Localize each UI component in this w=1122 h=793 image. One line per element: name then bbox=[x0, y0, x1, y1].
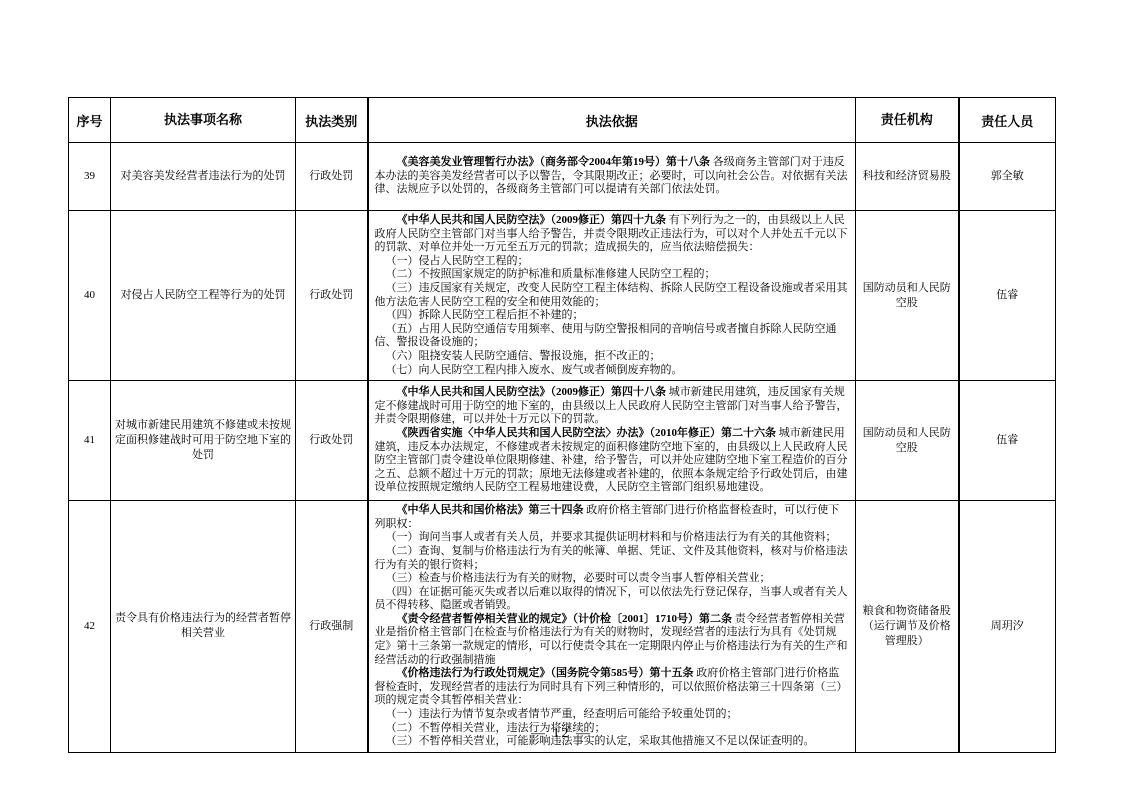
basis-paragraph: （四）在证据可能灭失或者以后难以取得的情况下，可以依法先行登记保存，当事人或者有… bbox=[375, 586, 850, 613]
cell-person-row-42: 周玥汐 bbox=[959, 501, 1056, 753]
enforcement-matters-table: 序号执法事项名称执法类别执法依据责任机构责任人员 39对美容美发经营者违法行为的… bbox=[68, 97, 1056, 753]
basis-paragraph: （二）不按照国家规定的防护标准和质量标准修建人民防空工程的； bbox=[375, 268, 850, 282]
table-header: 序号执法事项名称执法类别执法依据责任机构责任人员 bbox=[69, 98, 1056, 143]
column-header-index: 序号 bbox=[69, 98, 111, 143]
column-header-org: 责任机构 bbox=[856, 98, 959, 143]
basis-paragraph: 《陕西省实施〈中华人民共和国人民防空法〉办法》（2010年修正）第二十六条 城市… bbox=[375, 427, 850, 495]
column-header-basis: 执法依据 bbox=[368, 98, 856, 143]
cell-org-row-42: 粮食和物资储备股（运行调节及价格管理股） bbox=[856, 501, 959, 753]
basis-paragraph: （五）占用人民防空通信专用频率、使用与防空警报相同的音响信号或者擅自拆除人民防空… bbox=[375, 323, 850, 350]
table-row-39: 39对美容美发经营者违法行为的处罚行政处罚《美容美发业管理暂行办法》（商务部令2… bbox=[69, 143, 1056, 211]
table-row-40: 40对侵占人民防空工程等行为的处罚行政处罚《中华人民共和国人民防空法》（2009… bbox=[69, 211, 1056, 381]
page-number: — 12 — bbox=[68, 726, 1055, 742]
cell-name-row-42: 责令具有价格违法行为的经营者暂停相关营业 bbox=[111, 501, 296, 753]
cell-index-row-42: 42 bbox=[69, 501, 111, 753]
basis-paragraph: 《中华人民共和国人民防空法》（2009修正）第四十九条 有下列行为之一的，由县级… bbox=[375, 214, 850, 255]
basis-paragraph: （二）查询、复制与价格违法行为有关的帐簿、单据、凭证、文件及其他资料，核对与价格… bbox=[375, 545, 850, 572]
cell-org-row-40: 国防动员和人民防空股 bbox=[856, 211, 959, 381]
basis-paragraph: 《中华人民共和国价格法》第三十四条 政府价格主管部门进行价格监督检查时，可以行使… bbox=[375, 504, 850, 531]
basis-paragraph: 《责令经营者暂停相关营业的规定》（计价检〔2001〕1710号）第二条 责令经营… bbox=[375, 613, 850, 667]
basis-paragraph: （七）向人民防空工程内排入废水、废气或者倾倒废弃物的。 bbox=[375, 364, 850, 378]
table-body: 39对美容美发经营者违法行为的处罚行政处罚《美容美发业管理暂行办法》（商务部令2… bbox=[69, 143, 1056, 753]
cell-person-row-40: 伍睿 bbox=[959, 211, 1056, 381]
cell-person-row-41: 伍睿 bbox=[959, 381, 1056, 501]
cell-name-row-39: 对美容美发经营者违法行为的处罚 bbox=[111, 143, 296, 211]
cell-basis-row-40: 《中华人民共和国人民防空法》（2009修正）第四十九条 有下列行为之一的，由县级… bbox=[368, 211, 856, 381]
basis-paragraph: （一）侵占人民防空工程的； bbox=[375, 255, 850, 269]
cell-person-row-39: 郭全敏 bbox=[959, 143, 1056, 211]
basis-paragraph: （三）检查与价格违法行为有关的财物，必要时可以责令当事人暂停相关营业； bbox=[375, 572, 850, 586]
cell-name-row-40: 对侵占人民防空工程等行为的处罚 bbox=[111, 211, 296, 381]
cell-index-row-39: 39 bbox=[69, 143, 111, 211]
cell-basis-row-42: 《中华人民共和国价格法》第三十四条 政府价格主管部门进行价格监督检查时，可以行使… bbox=[368, 501, 856, 753]
basis-paragraph: （三）违反国家有关规定，改变人民防空工程主体结构、拆除人民防空工程设备设施或者采… bbox=[375, 282, 850, 309]
cell-basis-row-39: 《美容美发业管理暂行办法》（商务部令2004年第19号）第十八条 各级商务主管部… bbox=[368, 143, 856, 211]
cell-category-row-42: 行政强制 bbox=[296, 501, 368, 753]
cell-index-row-40: 40 bbox=[69, 211, 111, 381]
cell-basis-row-41: 《中华人民共和国人民防空法》（2009修正）第四十八条 城市新建民用建筑，违反国… bbox=[368, 381, 856, 501]
table-row-41: 41对城市新建民用建筑不修建或未按规定面积修建战时可用于防空地下室的处罚行政处罚… bbox=[69, 381, 1056, 501]
cell-name-row-41: 对城市新建民用建筑不修建或未按规定面积修建战时可用于防空地下室的处罚 bbox=[111, 381, 296, 501]
basis-paragraph: （六）阻挠安装人民防空通信、警报设施，拒不改正的； bbox=[375, 350, 850, 364]
column-header-name: 执法事项名称 bbox=[111, 98, 296, 143]
table-row-42: 42责令具有价格违法行为的经营者暂停相关营业行政强制《中华人民共和国价格法》第三… bbox=[69, 501, 1056, 753]
basis-paragraph: （四）拆除人民防空工程后拒不补建的； bbox=[375, 309, 850, 323]
table-header-row: 序号执法事项名称执法类别执法依据责任机构责任人员 bbox=[69, 98, 1056, 143]
cell-org-row-41: 国防动员和人民防空股 bbox=[856, 381, 959, 501]
basis-paragraph: 《价格违法行为行政处罚规定》（国务院令第585号）第十五条 政府价格主管部门进行… bbox=[375, 667, 850, 708]
basis-paragraph: 《美容美发业管理暂行办法》（商务部令2004年第19号）第十八条 各级商务主管部… bbox=[375, 156, 850, 197]
basis-paragraph: （一）询问当事人或者有关人员，并要求其提供证明材料和与价格违法行为有关的其他资料… bbox=[375, 531, 850, 545]
cell-category-row-39: 行政处罚 bbox=[296, 143, 368, 211]
basis-paragraph: （一）违法行为情节复杂或者情节严重，经查明后可能给予较重处罚的； bbox=[375, 708, 850, 722]
cell-org-row-39: 科技和经济贸易股 bbox=[856, 143, 959, 211]
basis-paragraph: 《中华人民共和国人民防空法》（2009修正）第四十八条 城市新建民用建筑，违反国… bbox=[375, 386, 850, 427]
cell-index-row-41: 41 bbox=[69, 381, 111, 501]
cell-category-row-40: 行政处罚 bbox=[296, 211, 368, 381]
column-header-category: 执法类别 bbox=[296, 98, 368, 143]
column-header-person: 责任人员 bbox=[959, 98, 1056, 143]
document-page: 序号执法事项名称执法类别执法依据责任机构责任人员 39对美容美发经营者违法行为的… bbox=[0, 0, 1122, 793]
cell-category-row-41: 行政处罚 bbox=[296, 381, 368, 501]
